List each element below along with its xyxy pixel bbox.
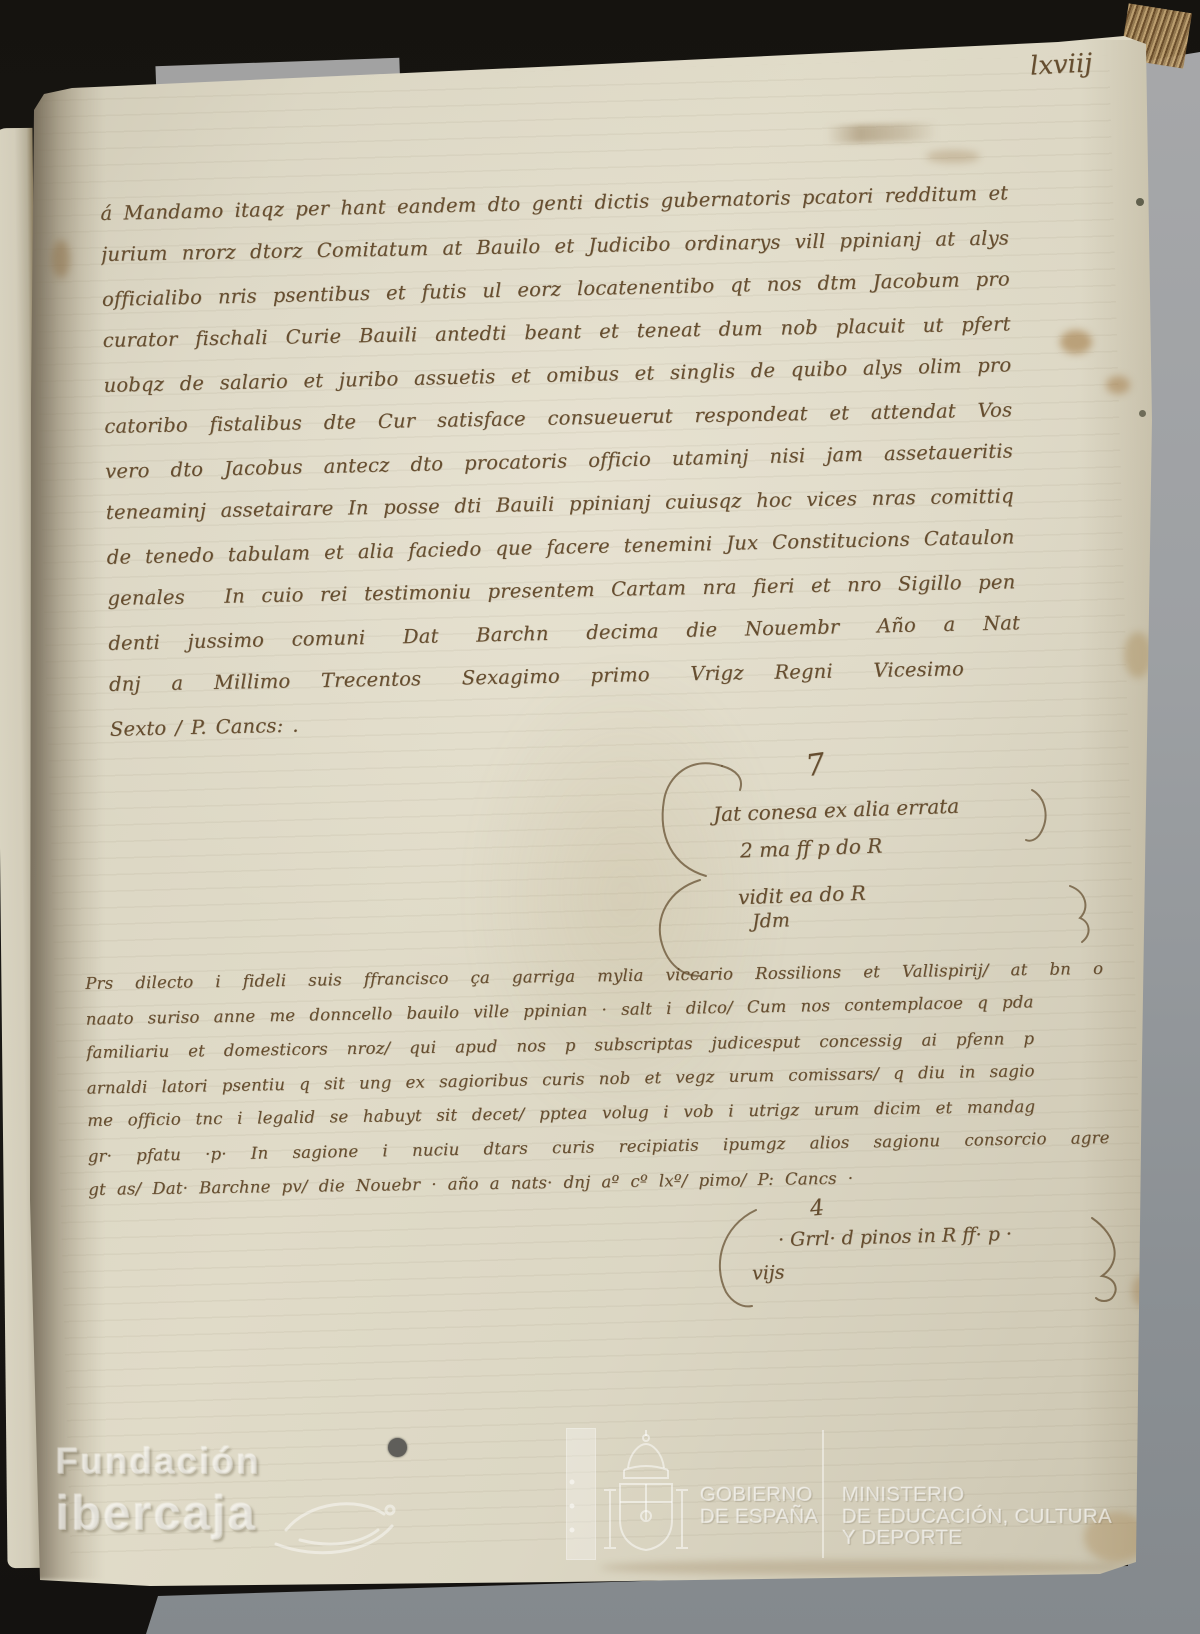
gobierno-line: DE ESPAÑA [700, 1506, 819, 1528]
spain-coat-of-arms-watermark [560, 1424, 700, 1564]
manuscript-page: lxviij á Mandamo itaqz per hant eandem d… [0, 0, 1200, 1634]
watermark-divider-line [822, 1430, 824, 1558]
ministerio-line: MINISTERIO [842, 1484, 1112, 1506]
closing-flourish-right [1092, 1218, 1116, 1301]
pen-flourishes [0, 0, 1200, 1634]
note-brace-curl [722, 766, 741, 790]
gobierno-watermark-text: GOBIERNO DE ESPAÑA [700, 1484, 819, 1527]
note-brace-left [663, 763, 722, 876]
vidit-brace-left [660, 880, 700, 976]
ministerio-line: DE EDUCACIÓN, CULTURA [842, 1506, 1112, 1528]
manuscript-scan: lxviij á Mandamo itaqz per hant eandem d… [0, 0, 1200, 1634]
gobierno-line: GOBIERNO [700, 1484, 819, 1506]
fundacion-watermark-text: Fundación [56, 1441, 261, 1483]
vidit-brace-right [1070, 886, 1089, 942]
note-brace-right [1026, 790, 1046, 841]
ibercaja-logo-swoosh [260, 1490, 410, 1560]
closing-brace-left [720, 1210, 756, 1306]
ministerio-line: Y DEPORTE [842, 1527, 1112, 1549]
ibercaja-watermark-text: ibercaja [56, 1486, 257, 1542]
ministerio-watermark-text: MINISTERIO DE EDUCACIÓN, CULTURA Y DEPOR… [842, 1484, 1112, 1549]
